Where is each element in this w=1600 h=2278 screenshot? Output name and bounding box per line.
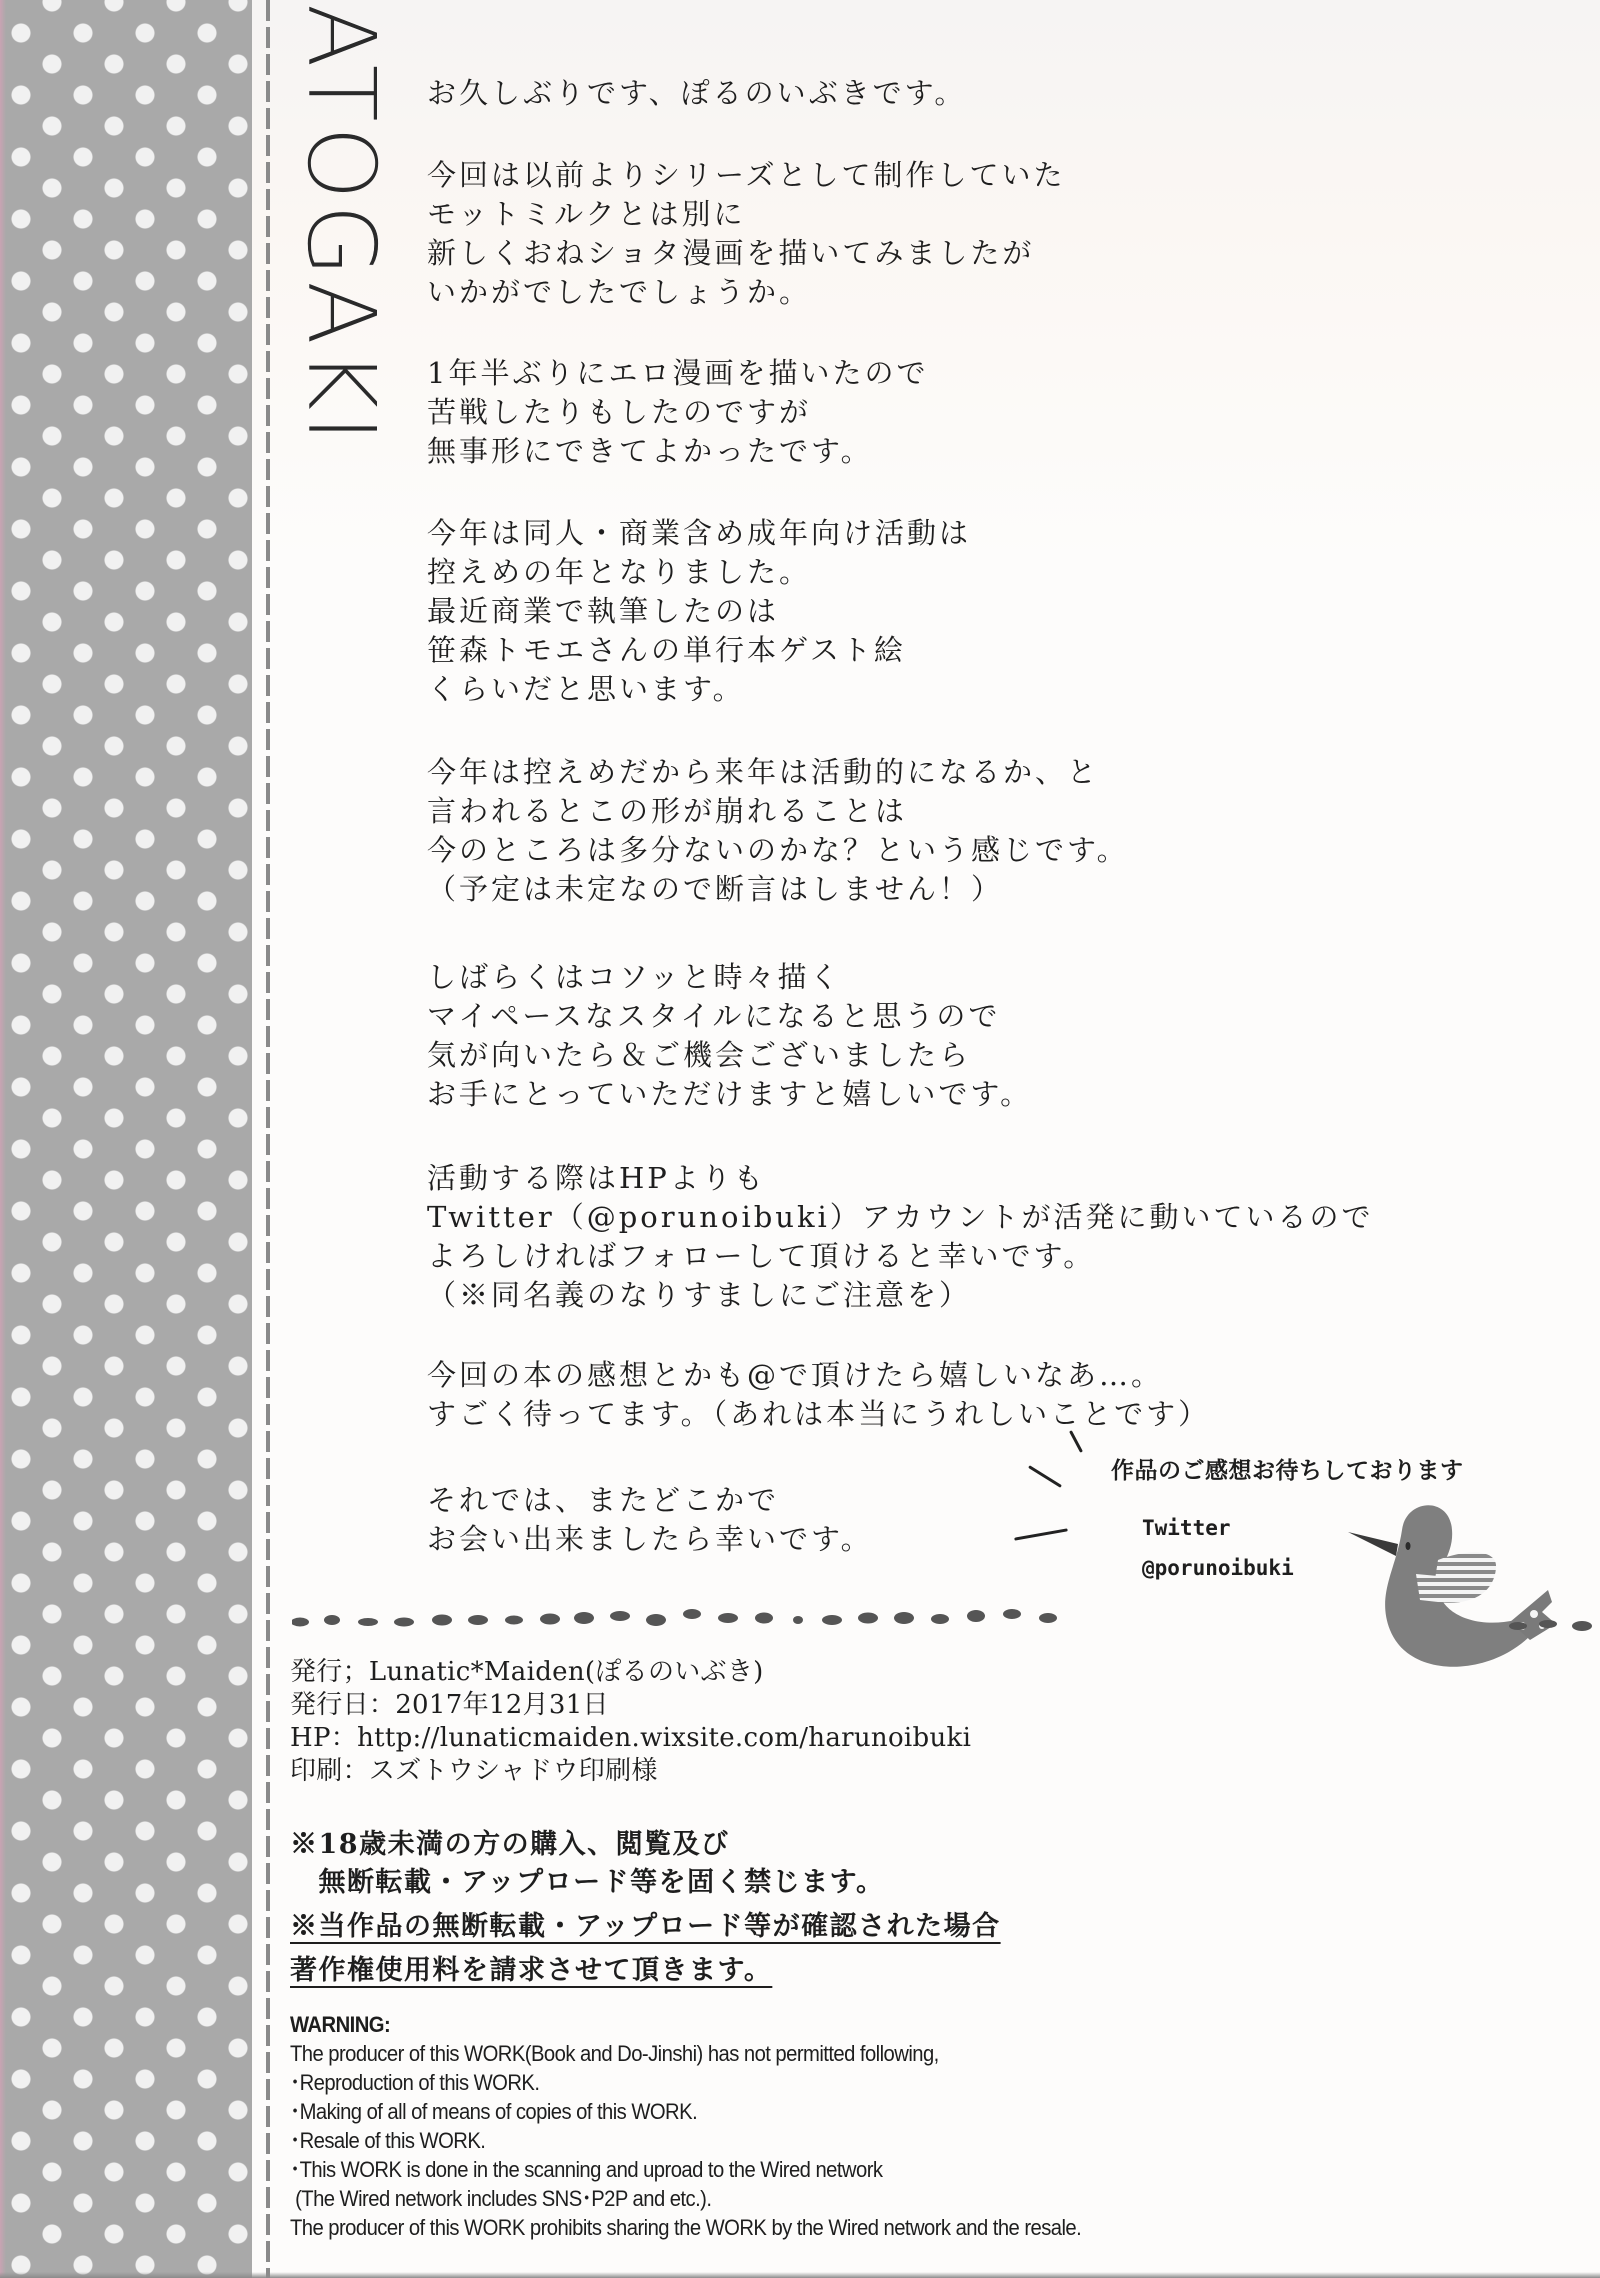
body-paragraph: 活動する際はHPよりもTwitter（@porunoibuki）アカウントが活発… (427, 1159, 1374, 1315)
title-block: ATOGAKI (300, 47, 380, 403)
body-line: 新しくおねショタ漫画を描いてみましたが (427, 234, 1066, 273)
polka-dot-strip (0, 0, 252, 2278)
body-line: お久しぶりです、ぽるのいぶきです。 (427, 74, 966, 113)
body-line: 最近商業で執筆したのは (427, 592, 971, 631)
binding-edge (0, 0, 6, 2278)
warning-line: The producer of this WORK(Book and Do-Ji… (290, 2039, 1081, 2068)
speech-mark-3 (1014, 1528, 1068, 1540)
body-line: 今回の本の感想とかも@で頂けたら嬉しいなあ…。 (427, 1356, 1210, 1395)
body-line: 1年半ぶりにエロ漫画を描いたので (427, 354, 928, 393)
body-paragraph: それでは、またどこかでお会い出来ましたら幸いです。 (427, 1481, 873, 1559)
body-paragraph: 今回は以前よりシリーズとして制作していたモットミルクとは別に新しくおねショタ漫画… (427, 156, 1066, 312)
body-line: 今のところは多分ないのかな？という感じです。 (427, 831, 1129, 870)
age-restriction-line-2: 無断転載・アップロード等を固く禁じます。 (290, 1864, 1001, 1902)
body-paragraph: お久しぶりです、ぽるのいぶきです。 (427, 74, 966, 113)
body-line: すごく待ってます。（あれは本当にうれしいことです） (427, 1395, 1210, 1434)
warning-line: (The Wired network includes SNS･P2P and … (290, 2184, 1081, 2213)
body-line: よろしければフォローして頂けると幸いです。 (427, 1237, 1374, 1276)
warning-line: The producer of this WORK prohibits shar… (290, 2213, 1081, 2242)
body-paragraph: 1年半ぶりにエロ漫画を描いたので苦戦したりもしたのですが無事形にできてよかったで… (427, 354, 928, 471)
body-line: 言われるとこの形が崩れることは (427, 792, 1129, 831)
body-line: （※同名義のなりすましにご注意を） (427, 1276, 1374, 1315)
warning-line: ･Making of all of means of copies of thi… (290, 2097, 1081, 2126)
warning-line: ･This WORK is done in the scanning and u… (290, 2155, 1081, 2184)
page-title: ATOGAKI (293, 4, 387, 447)
callout-platform: Twitter (1142, 1516, 1231, 1540)
body-paragraph: 今年は同人・商業含め成年向け活動は控えめの年となりました。最近商業で執筆したのは… (427, 514, 971, 709)
legal-notice: ※18歳未満の方の購入、閲覧及び 無断転載・アップロード等を固く禁じます。 ※当… (290, 1826, 1001, 1990)
body-line: お会い出来ましたら幸いです。 (427, 1520, 873, 1559)
dashed-divider (292, 1606, 1592, 1636)
body-line: 今年は控えめだから来年は活動的になるか、と (427, 753, 1129, 792)
body-line: くらいだと思います。 (427, 670, 971, 709)
age-restriction-line-1: ※18歳未満の方の購入、閲覧及び (290, 1826, 1001, 1864)
scan-edge (0, 2272, 1600, 2278)
body-line: 今年は同人・商業含め成年向け活動は (427, 514, 971, 553)
copyright-line-1: ※当作品の無断転載・アップロード等が確認された場合 (290, 1911, 1001, 1942)
bird-icon (1320, 1490, 1580, 1680)
body-line: しばらくはコソッと時々描く (427, 958, 1032, 997)
body-paragraph: しばらくはコソッと時々描くマイペースなスタイルになると思うので気が向いたら＆ご機… (427, 958, 1032, 1114)
body-line: 控えめの年となりました。 (427, 553, 971, 592)
callout-handle: @porunoibuki (1142, 1556, 1294, 1580)
warning-line: ･Reproduction of this WORK. (290, 2068, 1081, 2097)
body-line: 気が向いたら＆ご機会ございましたら (427, 1036, 1032, 1075)
callout-heading: 作品のご感想お待ちしております (1111, 1452, 1464, 1485)
body-line: 笹森トモエさんの単行本ゲスト絵 (427, 631, 971, 670)
body-line: モットミルクとは別に (427, 195, 1066, 234)
colophon: 発行；Lunatic*Maiden(ぽるのいぶき) 発行日：2017年12月31… (290, 1656, 971, 1788)
publish-date-line: 発行日：2017年12月31日 (290, 1689, 971, 1722)
body-line: 活動する際はHPよりも (427, 1159, 1374, 1198)
dashed-vertical-rule (266, 0, 270, 2278)
body-line: Twitter（@porunoibuki）アカウントが活発に動いているので (427, 1198, 1374, 1237)
body-line: お手にとっていただけますと嬉しいです。 (427, 1075, 1032, 1114)
body-line: マイペースなスタイルになると思うので (427, 997, 1032, 1036)
publisher-line: 発行；Lunatic*Maiden(ぽるのいぶき) (290, 1656, 971, 1689)
copyright-line-2: 著作権使用料を請求させて頂きます。 (290, 1955, 772, 1986)
printer-line: 印刷：スズトウシャドウ印刷様 (290, 1755, 971, 1788)
body-line: それでは、またどこかで (427, 1481, 873, 1520)
body-line: 苦戦したりもしたのですが (427, 393, 928, 432)
warning-heading: WARNING: (290, 2010, 1081, 2039)
speech-mark-2 (1028, 1465, 1062, 1488)
homepage-line: HP：http://lunaticmaiden.wixsite.com/haru… (290, 1722, 971, 1755)
body-line: （予定は未定なので断言はしません！） (427, 870, 1129, 909)
body-paragraph: 今年は控えめだから来年は活動的になるか、と言われるとこの形が崩れることは今のとこ… (427, 753, 1129, 909)
english-warning: WARNING: The producer of this WORK(Book … (290, 2010, 1081, 2242)
warning-line: ･Resale of this WORK. (290, 2126, 1081, 2155)
body-line: 無事形にできてよかったです。 (427, 432, 928, 471)
body-line: いかがでしたでしょうか。 (427, 273, 1066, 312)
body-line: 今回は以前よりシリーズとして制作していた (427, 156, 1066, 195)
body-paragraph: 今回の本の感想とかも@で頂けたら嬉しいなあ…。すごく待ってます。（あれは本当にう… (427, 1356, 1210, 1434)
